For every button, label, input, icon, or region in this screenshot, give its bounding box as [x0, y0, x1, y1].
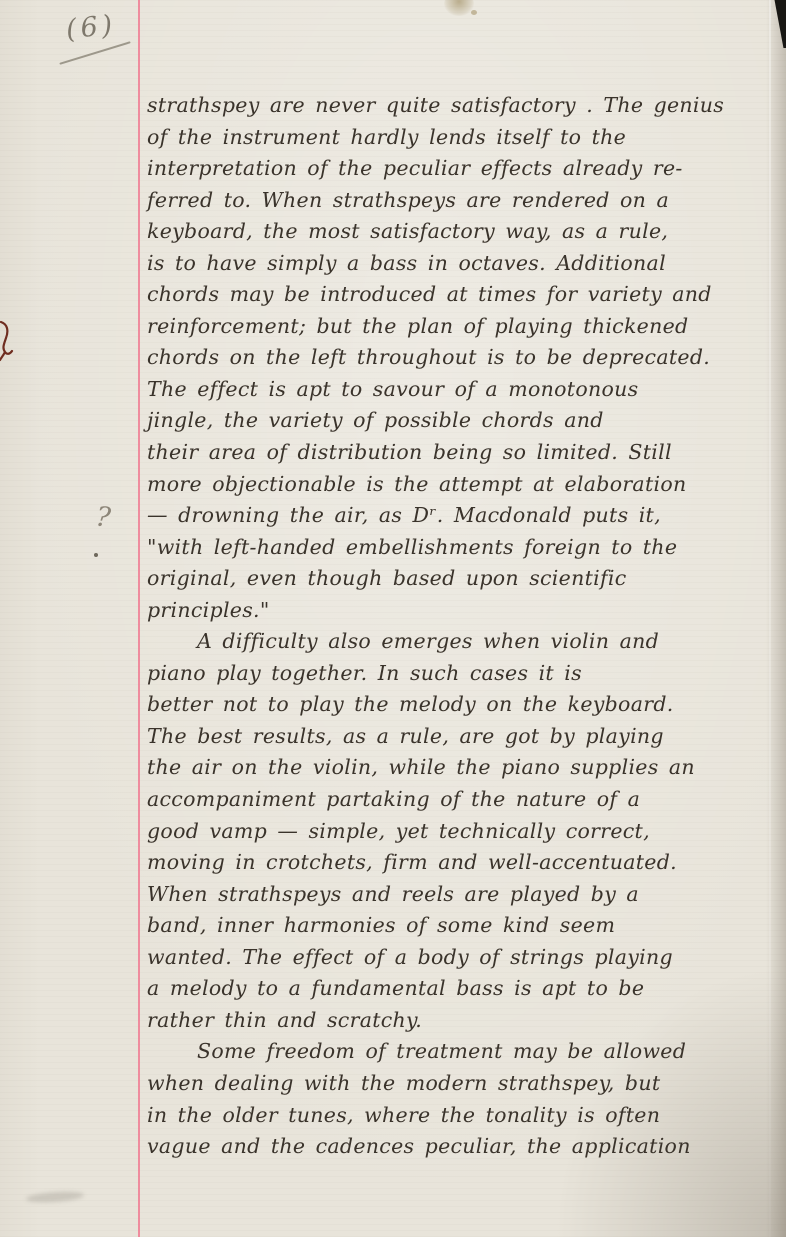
- manuscript-line: chords on the left throughout is to be d…: [147, 342, 773, 374]
- pencil-dot-mark: [94, 553, 98, 557]
- manuscript-line: The best results, as a rule, are got by …: [147, 721, 773, 753]
- manuscript-line: band, inner harmonies of some kind seem: [147, 910, 773, 942]
- handwritten-text-block: strathspey are never quite satisfactory …: [147, 90, 773, 1163]
- manuscript-line: strathspey are never quite satisfactory …: [147, 90, 773, 122]
- margin-rule-line: [138, 0, 140, 1237]
- manuscript-page: (6) ? strathspey are never quite satisfa…: [0, 0, 786, 1237]
- manuscript-line: principles.": [147, 595, 773, 627]
- manuscript-line: the air on the violin, while the piano s…: [147, 752, 773, 784]
- manuscript-line: good vamp — simple, yet technically corr…: [147, 816, 773, 848]
- manuscript-line: accompaniment partaking of the nature of…: [147, 784, 773, 816]
- manuscript-line: vague and the cadences peculiar, the app…: [147, 1131, 773, 1163]
- manuscript-line: moving in crotchets, firm and well-accen…: [147, 847, 773, 879]
- manuscript-line: in the older tunes, where the tonality i…: [147, 1100, 773, 1132]
- paper-stain: [444, 0, 474, 16]
- manuscript-line: their area of distribution being so limi…: [147, 437, 773, 469]
- manuscript-line-paragraph-start: A difficulty also emerges when violin an…: [147, 626, 773, 658]
- manuscript-line: The effect is apt to savour of a monoton…: [147, 374, 773, 406]
- manuscript-line: keyboard, the most satisfactory way, as …: [147, 216, 773, 248]
- manuscript-line: when dealing with the modern strathspey,…: [147, 1068, 773, 1100]
- manuscript-line: jingle, the variety of possible chords a…: [147, 405, 773, 437]
- manuscript-line: — drowning the air, as Dʳ. Macdonald put…: [147, 500, 773, 532]
- red-ink-mark: [0, 320, 16, 366]
- manuscript-line: a melody to a fundamental bass is apt to…: [147, 973, 773, 1005]
- manuscript-line: When strathspeys and reels are played by…: [147, 879, 773, 911]
- manuscript-line: wanted. The effect of a body of strings …: [147, 942, 773, 974]
- manuscript-line: reinforcement; but the plan of playing t…: [147, 311, 773, 343]
- manuscript-line: chords may be introduced at times for va…: [147, 279, 773, 311]
- manuscript-line: better not to play the melody on the key…: [147, 689, 773, 721]
- manuscript-line: original, even though based upon scienti…: [147, 563, 773, 595]
- manuscript-line: is to have simply a bass in octaves. Add…: [147, 248, 773, 280]
- page-number: (6): [65, 9, 118, 45]
- pencil-smudge: [26, 1190, 85, 1204]
- manuscript-line: rather thin and scratchy.: [147, 1005, 773, 1037]
- manuscript-line-paragraph-start: Some freedom of treatment may be allowed: [147, 1036, 773, 1068]
- manuscript-line: interpretation of the peculiar effects a…: [147, 153, 773, 185]
- manuscript-line: of the instrument hardly lends itself to…: [147, 122, 773, 154]
- manuscript-line: "with left-handed embellishments foreign…: [147, 532, 773, 564]
- paper-stain-dot: [471, 10, 477, 15]
- pencil-question-mark: ?: [94, 501, 112, 533]
- manuscript-line: piano play together. In such cases it is: [147, 658, 773, 690]
- manuscript-line: more objectionable is the attempt at ela…: [147, 469, 773, 501]
- manuscript-line: ferred to. When strathspeys are rendered…: [147, 185, 773, 217]
